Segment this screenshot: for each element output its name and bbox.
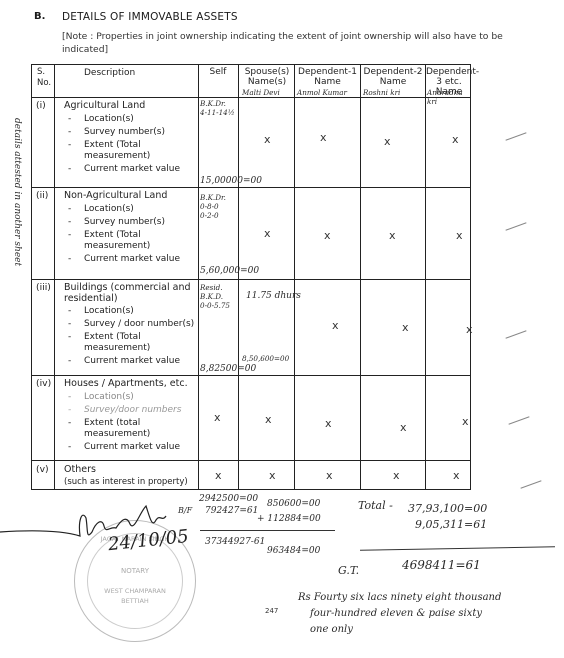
row-4-dep2-x: x	[400, 421, 407, 434]
dependent-1-name: Anmol Kumar	[297, 88, 347, 97]
self-note-line: B.K.Dr.	[200, 99, 235, 108]
row-2-dep3-x: x	[456, 229, 463, 242]
section-title: DETAILS OF IMMOVABLE ASSETS	[62, 11, 238, 23]
amount-words-line: one only	[298, 622, 501, 638]
col-divider	[54, 65, 55, 489]
total-underline	[360, 546, 555, 550]
calc-spouse-line-1: 850600=00	[267, 499, 320, 509]
row-3-spouse-value: 8,50,600=00	[242, 354, 289, 363]
row-2-item: Location(s)	[64, 204, 196, 216]
self-note-line: 0-0-5.75	[200, 301, 230, 310]
row-5-description: Others (such as interest in property)	[64, 464, 198, 488]
row-2-item: Survey number(s)	[64, 217, 196, 229]
row-3-item: Survey / door number(s)	[64, 319, 196, 331]
header-dependent-1: Dependent-1 Name	[295, 67, 360, 87]
col-divider	[294, 65, 295, 489]
side-handwritten-note: details attested in another sheet	[12, 118, 22, 348]
calc-self-line-1: 2942500=00	[199, 494, 258, 504]
row-4-spouse-x: x	[265, 413, 272, 426]
row-5-title: Others	[64, 464, 198, 476]
row-1-dep2-x: x	[384, 135, 391, 148]
col-divider	[425, 65, 426, 489]
row-4-self-x: x	[214, 411, 221, 424]
immovable-assets-table: S. No. Description Self Spouse(s) Name(s…	[31, 64, 471, 490]
row-4-item: Extent (total measurement)	[64, 418, 196, 441]
row-5-sno: (v)	[36, 464, 49, 476]
row-divider	[32, 187, 470, 188]
row-2-dep1-x: x	[324, 229, 331, 242]
row-4-dep1-x: x	[325, 417, 332, 430]
self-note-line: 4-11-14½	[200, 108, 235, 117]
row-4-item: Current market value	[64, 442, 196, 454]
row-3-item: Location(s)	[64, 306, 196, 318]
self-note-line: 0-8-0	[200, 202, 226, 211]
row-4-sno: (iv)	[36, 378, 51, 390]
row-2-spouse-x: x	[264, 227, 271, 240]
row-1-dep3-x: x	[452, 133, 459, 146]
row-3-title: Buildings (commercial and residential)	[64, 282, 196, 304]
margin-dash	[505, 330, 526, 338]
header-spouse: Spouse(s) Name(s)	[240, 67, 294, 87]
row-1-self-value: 15,00000=00	[200, 175, 262, 187]
row-2-item: Extent (Total measurement)	[64, 230, 196, 253]
col-divider	[360, 65, 361, 489]
section-letter: B.	[34, 11, 45, 22]
header-description: Description	[84, 67, 135, 79]
row-3-spouse-note: 11.75 dhurs	[246, 290, 301, 302]
row-3-item: Current market value	[64, 356, 196, 368]
row-3-item: Extent (Total measurement)	[64, 332, 196, 355]
margin-dash	[505, 132, 526, 140]
row-4-item: Survey/door numbers	[64, 405, 196, 417]
row-2-item: Current market value	[64, 254, 196, 266]
self-note-line: Resid.	[200, 283, 230, 292]
row-3-self-note: Resid. B.K.D. 0-0-5.75	[200, 283, 230, 310]
row-1-description: Agricultural Land Location(s) Survey num…	[64, 100, 196, 176]
dependent-3-name: Anuradha kri	[427, 88, 470, 106]
row-2-dep2-x: x	[389, 229, 396, 242]
row-5-subtitle: (such as interest in property)	[64, 476, 198, 488]
row-1-self-note: B.K.Dr. 4-11-14½	[200, 99, 235, 117]
calc-self-sum: 37344927-61	[205, 537, 265, 547]
row-3-description: Buildings (commercial and residential) L…	[64, 282, 196, 368]
row-1-item: Extent (Total measurement)	[64, 140, 196, 163]
row-1-sno: (i)	[36, 100, 46, 112]
row-5-dep3-x: x	[453, 469, 460, 482]
second-value: 9,05,311=61	[415, 518, 487, 531]
calc-spouse-sum: 963484=00	[267, 546, 320, 556]
header-dependent-2: Dependent-2 Name	[361, 67, 425, 87]
row-1-spouse-x: x	[264, 133, 271, 146]
calc-spouse-line-2: + 112884=00	[257, 514, 321, 524]
header-self: Self	[200, 67, 236, 77]
row-4-item: Location(s)	[64, 392, 196, 404]
self-note-line: B.K.Dr.	[200, 193, 226, 202]
row-divider	[32, 279, 470, 280]
row-3-dep1-x: x	[332, 319, 339, 332]
row-1-title: Agricultural Land	[64, 100, 196, 112]
row-1-item: Location(s)	[64, 114, 196, 126]
row-divider	[32, 97, 470, 98]
amount-words-line: Rs Fourty six lacs ninety eight thousand	[298, 590, 501, 606]
row-divider	[32, 460, 470, 461]
row-2-self-note: B.K.Dr. 0-8-0 0-2-0	[200, 193, 226, 220]
spouse-name: Malti Devi	[242, 88, 280, 97]
row-4-title: Houses / Apartments, etc.	[64, 378, 196, 390]
col-divider	[198, 65, 199, 489]
row-5-spouse-x: x	[269, 469, 276, 482]
row-3-self-value: 8,82500=00	[200, 363, 256, 375]
row-3-dep3-x: x	[466, 323, 473, 336]
row-2-self-value: 5,60,000=00	[200, 265, 259, 277]
row-4-description: Houses / Apartments, etc. Location(s) Su…	[64, 378, 196, 454]
stamp-text: BETTIAH	[75, 597, 195, 605]
row-3-sno: (iii)	[36, 282, 51, 294]
amount-words-line: four-hundred eleven & paise sixty	[298, 606, 501, 622]
row-2-title: Non-Agricultural Land	[64, 190, 196, 202]
row-2-sno: (ii)	[36, 190, 48, 202]
section-note: [Note : Properties in joint ownership in…	[62, 30, 507, 56]
row-1-item: Current market value	[64, 164, 196, 176]
margin-dash	[508, 416, 529, 424]
total-value: 37,93,100=00	[408, 502, 487, 515]
row-5-dep1-x: x	[326, 469, 333, 482]
margin-dash	[505, 222, 526, 230]
self-note-line: 0-2-0	[200, 211, 226, 220]
row-5-self-x: x	[215, 469, 222, 482]
stamp-text: NOTARY	[75, 567, 195, 575]
total-label: Total -	[358, 499, 393, 512]
calc-underline	[200, 530, 335, 531]
amount-in-words: Rs Fourty six lacs ninety eight thousand…	[298, 590, 501, 638]
row-5-dep2-x: x	[393, 469, 400, 482]
col-divider	[238, 65, 239, 489]
row-2-description: Non-Agricultural Land Location(s) Survey…	[64, 190, 196, 266]
gt-label: G.T.	[338, 564, 359, 577]
row-3-dep2-x: x	[402, 321, 409, 334]
gt-value: 4698411=61	[402, 558, 481, 572]
self-note-line: B.K.D.	[200, 292, 230, 301]
margin-dash	[520, 480, 541, 488]
dependent-2-name: Roshni kri	[363, 88, 400, 97]
row-1-dep1-x: x	[320, 131, 327, 144]
header-sno: S. No.	[37, 67, 53, 89]
stamp-text: WEST CHAMPARAN	[75, 587, 195, 595]
row-1-item: Survey number(s)	[64, 127, 196, 139]
calc-self-line-2: 792427=61	[205, 506, 258, 516]
row-4-dep3-x: x	[462, 415, 469, 428]
row-divider	[32, 375, 470, 376]
page-number: 247	[265, 607, 278, 615]
